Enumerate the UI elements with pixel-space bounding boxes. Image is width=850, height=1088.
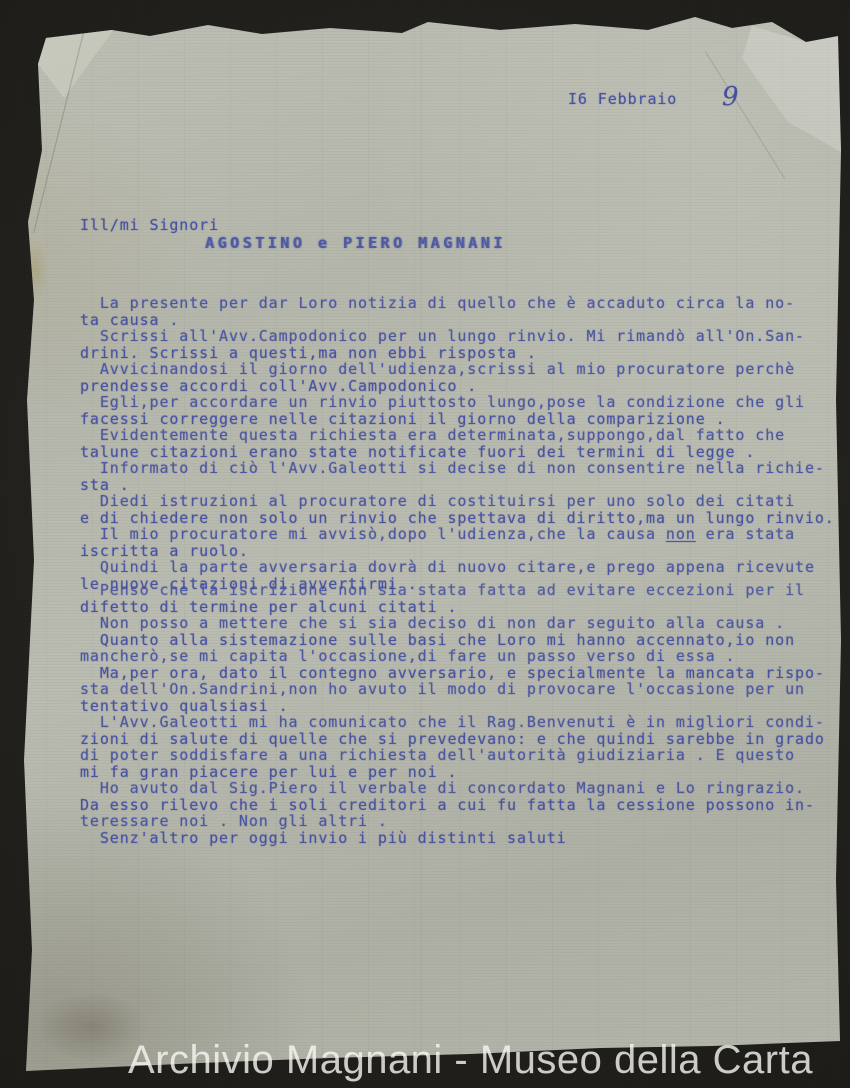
typed-line: iscritta a ruolo. bbox=[80, 543, 835, 560]
typed-line: Il mio procuratore mi avvisò,dopo l'udie… bbox=[80, 526, 835, 543]
typed-line: mancherò,se mi capita l'occasione,di far… bbox=[80, 648, 835, 665]
typed-line: Diedi istruzioni al procuratore di costi… bbox=[80, 493, 835, 510]
salutation-line: Ill/mi Signori bbox=[80, 216, 219, 234]
typed-line: L'Avv.Galeotti mi ha comunicato che il R… bbox=[80, 714, 835, 731]
typed-line: facessi correggere nelle citazioni il gi… bbox=[80, 411, 835, 428]
paper-stain bbox=[22, 240, 48, 300]
typed-line: Da esso rilevo che i soli creditori a cu… bbox=[80, 797, 835, 814]
typed-line: mi fa gran piacere per lui e per noi . bbox=[80, 764, 835, 781]
typed-line: di poter soddisfare a una richiesta dell… bbox=[80, 747, 835, 764]
typed-line: Evidentemente questa richiesta era deter… bbox=[80, 427, 835, 444]
typed-line: zioni di salute di quelle che si prevede… bbox=[80, 731, 835, 748]
typed-line: drini. Scrissi a questi,ma non ebbi risp… bbox=[80, 345, 835, 362]
typed-line: tentativo qualsiasi . bbox=[80, 698, 835, 715]
typed-line: Non posso a mettere che si sia deciso di… bbox=[80, 615, 835, 632]
typed-line: Informato di ciò l'Avv.Galeotti si decis… bbox=[80, 460, 835, 477]
letter-paper: I6 Febbraio 9 Ill/mi Signori AGOSTINO e … bbox=[0, 0, 850, 1088]
typed-line: Quindi la parte avversaria dovrà di nuov… bbox=[80, 559, 835, 576]
typed-line: sta . bbox=[80, 477, 835, 494]
typed-line: Quanto alla sistemazione sulle basi che … bbox=[80, 632, 835, 649]
handwritten-page-number: 9 bbox=[722, 82, 739, 112]
typed-line: ta causa . bbox=[80, 312, 835, 329]
typed-line: e di chiedere non solo un rinvio che spe… bbox=[80, 510, 835, 527]
typed-line: difetto di termine per alcuni citati . bbox=[80, 599, 835, 616]
typed-line: Egli,per accordare un rinvio piuttosto l… bbox=[80, 394, 835, 411]
typed-line: Senz'altro per oggi invio i più distinti… bbox=[80, 830, 835, 847]
addressees-line: AGOSTINO e PIERO MAGNANI bbox=[205, 234, 506, 252]
letter-date: I6 Febbraio bbox=[568, 90, 677, 108]
typed-line: Avvicinandosi il giorno dell'udienza,scr… bbox=[80, 361, 835, 378]
typed-line: teressare noi . Non gli altri . bbox=[80, 813, 835, 830]
typed-line: Ma,per ora, dato il contegno avversario,… bbox=[80, 665, 835, 682]
typed-line: Ho avuto dal Sig.Piero il verbale di con… bbox=[80, 780, 835, 797]
typed-line: La presente per dar Loro notizia di quel… bbox=[80, 295, 835, 312]
typed-line: Penso che la iscrizione non sia stata fa… bbox=[80, 582, 835, 599]
typed-line: sta dell'On.Sandrini,non ho avuto il mod… bbox=[80, 681, 835, 698]
typed-line: prendesse accordi coll'Avv.Campodonico . bbox=[80, 378, 835, 395]
archive-watermark: Archivio Magnani - Museo della Carta bbox=[128, 1038, 813, 1083]
letter-body: La presente per dar Loro notizia di quel… bbox=[80, 295, 835, 846]
typed-line: Scrissi all'Avv.Campodonico per un lungo… bbox=[80, 328, 835, 345]
photo-background: I6 Febbraio 9 Ill/mi Signori AGOSTINO e … bbox=[0, 0, 850, 1088]
typed-line: talune citazioni erano state notificate … bbox=[80, 444, 835, 461]
